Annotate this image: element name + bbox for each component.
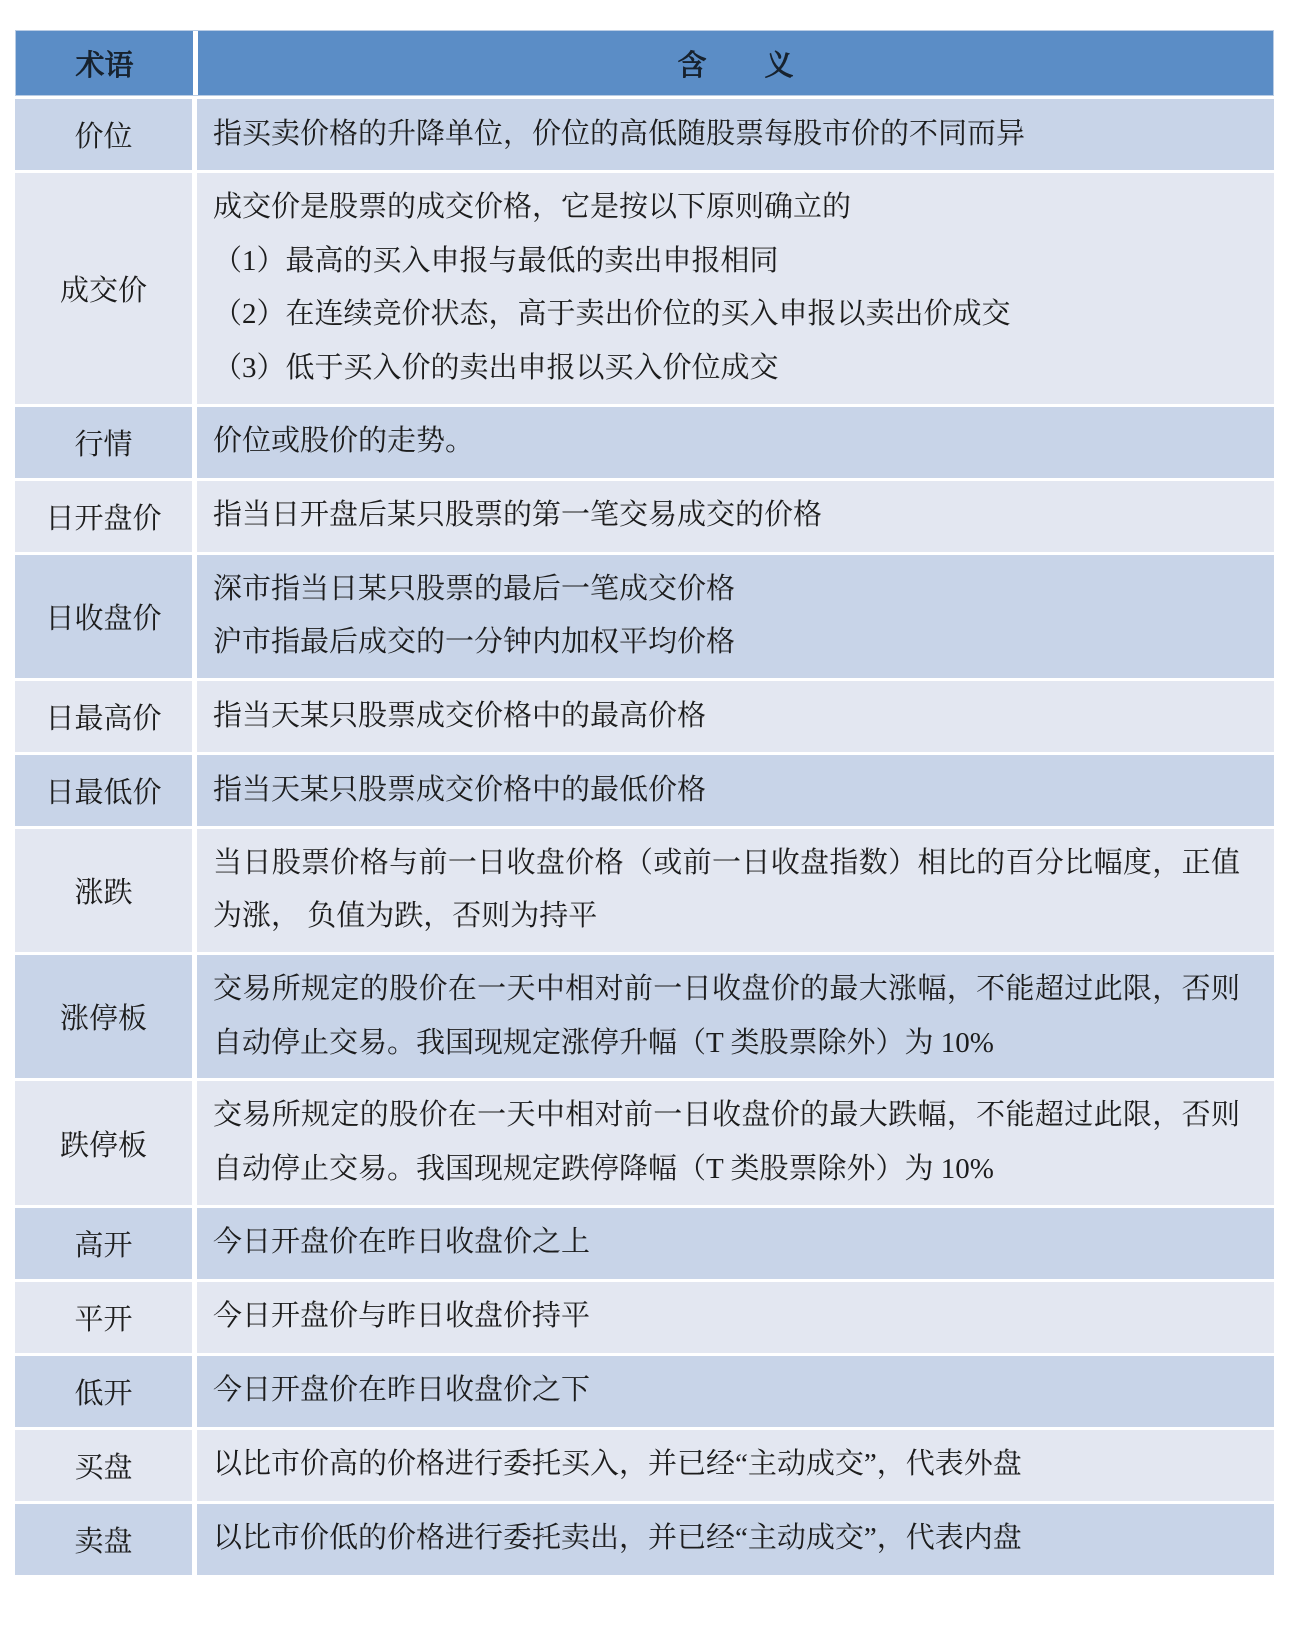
meaning-line: 价位或股价的走势。	[213, 415, 1240, 469]
term-cell: 日最高价	[15, 681, 192, 752]
meaning-line: 当日股票价格与前一日收盘价格（或前一日收盘指数）相比的百分比幅度，正值为涨， 负…	[213, 837, 1240, 944]
meaning-line: 交易所规定的股价在一天中相对前一日收盘价的最大涨幅，不能超过此限，否则自动停止交…	[213, 963, 1240, 1070]
header-term: 术语	[16, 31, 193, 95]
table-row: 平开 今日开盘价与昨日收盘价持平	[15, 1282, 1274, 1353]
page: 术语 含 义 价位 指买卖价格的升降单位，价位的高低随股票每股市价的不同而异 成…	[0, 0, 1314, 1627]
term-cell: 卖盘	[15, 1504, 192, 1575]
meaning-line: 指当天某只股票成交价格中的最低价格	[213, 764, 1240, 818]
table-row: 价位 指买卖价格的升降单位，价位的高低随股票每股市价的不同而异	[15, 99, 1274, 170]
term-cell: 行情	[15, 407, 192, 478]
meaning-line: 沪市指最后成交的一分钟内加权平均价格	[213, 616, 1240, 670]
table-row: 日最低价 指当天某只股票成交价格中的最低价格	[15, 755, 1274, 826]
table-row: 高开 今日开盘价在昨日收盘价之上	[15, 1208, 1274, 1279]
meaning-cell: 交易所规定的股价在一天中相对前一日收盘价的最大涨幅，不能超过此限，否则自动停止交…	[197, 955, 1274, 1078]
meaning-line: 以比市价低的价格进行委托卖出，并已经“主动成交”，代表内盘	[213, 1512, 1240, 1566]
table-row: 涨跌 当日股票价格与前一日收盘价格（或前一日收盘指数）相比的百分比幅度，正值为涨…	[15, 829, 1274, 952]
meaning-line: 今日开盘价与昨日收盘价持平	[213, 1290, 1240, 1344]
table-row: 跌停板 交易所规定的股价在一天中相对前一日收盘价的最大跌幅，不能超过此限，否则自…	[15, 1081, 1274, 1204]
meaning-line: 以比市价高的价格进行委托买入，并已经“主动成交”，代表外盘	[213, 1438, 1240, 1492]
meaning-line: 指买卖价格的升降单位，价位的高低随股票每股市价的不同而异	[213, 108, 1240, 162]
table-row: 卖盘 以比市价低的价格进行委托卖出，并已经“主动成交”，代表内盘	[15, 1504, 1274, 1575]
table-row: 低开 今日开盘价在昨日收盘价之下	[15, 1356, 1274, 1427]
meaning-line: （1）最高的买入申报与最低的卖出申报相同	[213, 235, 1240, 289]
terminology-table: 术语 含 义 价位 指买卖价格的升降单位，价位的高低随股票每股市价的不同而异 成…	[15, 30, 1274, 1575]
term-cell: 平开	[15, 1282, 192, 1353]
table-row: 成交价 成交价是股票的成交价格，它是按以下原则确立的（1）最高的买入申报与最低的…	[15, 173, 1274, 404]
term-cell: 高开	[15, 1208, 192, 1279]
meaning-cell: 以比市价低的价格进行委托卖出，并已经“主动成交”，代表内盘	[197, 1504, 1274, 1575]
term-cell: 涨跌	[15, 829, 192, 952]
meaning-cell: 成交价是股票的成交价格，它是按以下原则确立的（1）最高的买入申报与最低的卖出申报…	[197, 173, 1274, 404]
term-cell: 成交价	[15, 173, 192, 404]
table-header-row: 术语 含 义	[15, 30, 1274, 96]
meaning-line: 今日开盘价在昨日收盘价之上	[213, 1216, 1240, 1270]
term-cell: 低开	[15, 1356, 192, 1427]
meaning-cell: 价位或股价的走势。	[197, 407, 1274, 478]
table-row: 涨停板 交易所规定的股价在一天中相对前一日收盘价的最大涨幅，不能超过此限，否则自…	[15, 955, 1274, 1078]
meaning-cell: 指当天某只股票成交价格中的最高价格	[197, 681, 1274, 752]
meaning-cell: 指当日开盘后某只股票的第一笔交易成交的价格	[197, 481, 1274, 552]
term-cell: 日开盘价	[15, 481, 192, 552]
meaning-line: （3）低于买入价的卖出申报以买入价位成交	[213, 342, 1240, 396]
term-cell: 涨停板	[15, 955, 192, 1078]
meaning-line: 指当天某只股票成交价格中的最高价格	[213, 690, 1240, 744]
meaning-line: 指当日开盘后某只股票的第一笔交易成交的价格	[213, 489, 1240, 543]
table-row: 行情 价位或股价的走势。	[15, 407, 1274, 478]
meaning-line: 交易所规定的股价在一天中相对前一日收盘价的最大跌幅，不能超过此限，否则自动停止交…	[213, 1089, 1240, 1196]
meaning-cell: 今日开盘价在昨日收盘价之上	[197, 1208, 1274, 1279]
meaning-line: 今日开盘价在昨日收盘价之下	[213, 1364, 1240, 1418]
table-row: 日开盘价 指当日开盘后某只股票的第一笔交易成交的价格	[15, 481, 1274, 552]
meaning-line: （2）在连续竞价状态，高于卖出价位的买入申报以卖出价成交	[213, 288, 1240, 342]
term-cell: 日收盘价	[15, 555, 192, 678]
meaning-cell: 以比市价高的价格进行委托买入，并已经“主动成交”，代表外盘	[197, 1430, 1274, 1501]
meaning-cell: 当日股票价格与前一日收盘价格（或前一日收盘指数）相比的百分比幅度，正值为涨， 负…	[197, 829, 1274, 952]
meaning-line: 成交价是股票的成交价格，它是按以下原则确立的	[213, 181, 1240, 235]
table-row: 日最高价 指当天某只股票成交价格中的最高价格	[15, 681, 1274, 752]
term-cell: 跌停板	[15, 1081, 192, 1204]
meaning-line: 深市指当日某只股票的最后一笔成交价格	[213, 563, 1240, 617]
term-cell: 买盘	[15, 1430, 192, 1501]
meaning-cell: 指买卖价格的升降单位，价位的高低随股票每股市价的不同而异	[197, 99, 1274, 170]
meaning-cell: 指当天某只股票成交价格中的最低价格	[197, 755, 1274, 826]
table-body: 价位 指买卖价格的升降单位，价位的高低随股票每股市价的不同而异 成交价 成交价是…	[15, 99, 1274, 1575]
table-row: 买盘 以比市价高的价格进行委托买入，并已经“主动成交”，代表外盘	[15, 1430, 1274, 1501]
header-meaning: 含 义	[198, 31, 1273, 95]
meaning-cell: 交易所规定的股价在一天中相对前一日收盘价的最大跌幅，不能超过此限，否则自动停止交…	[197, 1081, 1274, 1204]
meaning-cell: 今日开盘价与昨日收盘价持平	[197, 1282, 1274, 1353]
term-cell: 日最低价	[15, 755, 192, 826]
term-cell: 价位	[15, 99, 192, 170]
meaning-cell: 深市指当日某只股票的最后一笔成交价格沪市指最后成交的一分钟内加权平均价格	[197, 555, 1274, 678]
meaning-cell: 今日开盘价在昨日收盘价之下	[197, 1356, 1274, 1427]
table-row: 日收盘价 深市指当日某只股票的最后一笔成交价格沪市指最后成交的一分钟内加权平均价…	[15, 555, 1274, 678]
